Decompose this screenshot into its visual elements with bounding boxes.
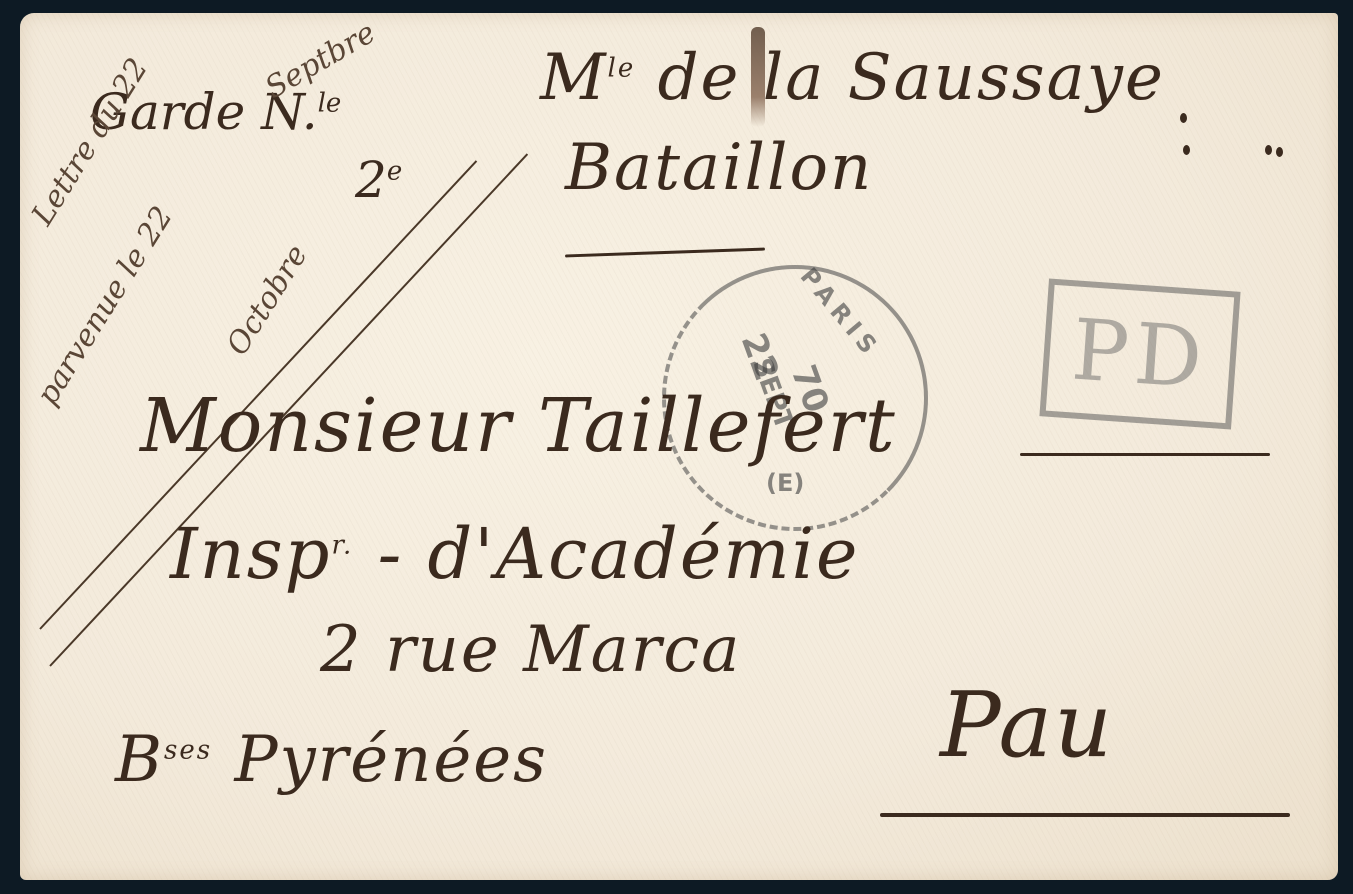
underline (1020, 453, 1270, 456)
recipient-department: Bses Pyrénées (115, 723, 548, 797)
pd-postmark: PD (1039, 278, 1240, 429)
addressee-name: de la Saussaye (658, 41, 1165, 115)
sender-rank-sup: le (318, 88, 342, 118)
department-prefix-sup: ses (164, 736, 212, 766)
recipient-name: Monsieur Taillefert (140, 383, 897, 469)
annotation-received: parvenue le 22 (30, 200, 180, 411)
underline (565, 248, 765, 258)
recipient-street: 2 rue Marca (320, 613, 741, 687)
annotation-number: 2e (355, 151, 402, 209)
recipient-title-prefix: Insp (170, 513, 331, 595)
ink-dot (1265, 145, 1272, 155)
pd-text: PD (1069, 300, 1211, 407)
recipient-title-sup: r. (331, 531, 353, 561)
addressee-title: M (540, 41, 608, 115)
city-underline (880, 813, 1290, 817)
addressee-line: Mle de la Saussaye (540, 41, 1165, 115)
recipient-city: Pau (940, 673, 1114, 778)
annotation-month: Octobre (220, 239, 315, 362)
ink-dot (1276, 147, 1283, 157)
annotation-number-sup: e (387, 156, 402, 186)
department-name: Pyrénées (234, 723, 548, 797)
postmark-bottom: (E) (766, 469, 804, 497)
ink-dot (1180, 113, 1187, 123)
annotation-number-text: 2 (355, 151, 387, 209)
addressee-title-sup: le (608, 54, 636, 84)
battalion-line: Bataillon (565, 131, 873, 205)
annotation-letter-date: Lettre du 22 (25, 52, 155, 231)
ink-dot (1183, 145, 1190, 155)
department-prefix: B (115, 723, 164, 797)
envelope: Garde N.le Septbre Mle de la Saussaye Ba… (20, 13, 1338, 880)
recipient-title: Inspr. - d'Académie (170, 513, 859, 595)
recipient-title-rest: - d'Académie (378, 513, 860, 595)
postmark-city: PARIS (795, 262, 886, 363)
